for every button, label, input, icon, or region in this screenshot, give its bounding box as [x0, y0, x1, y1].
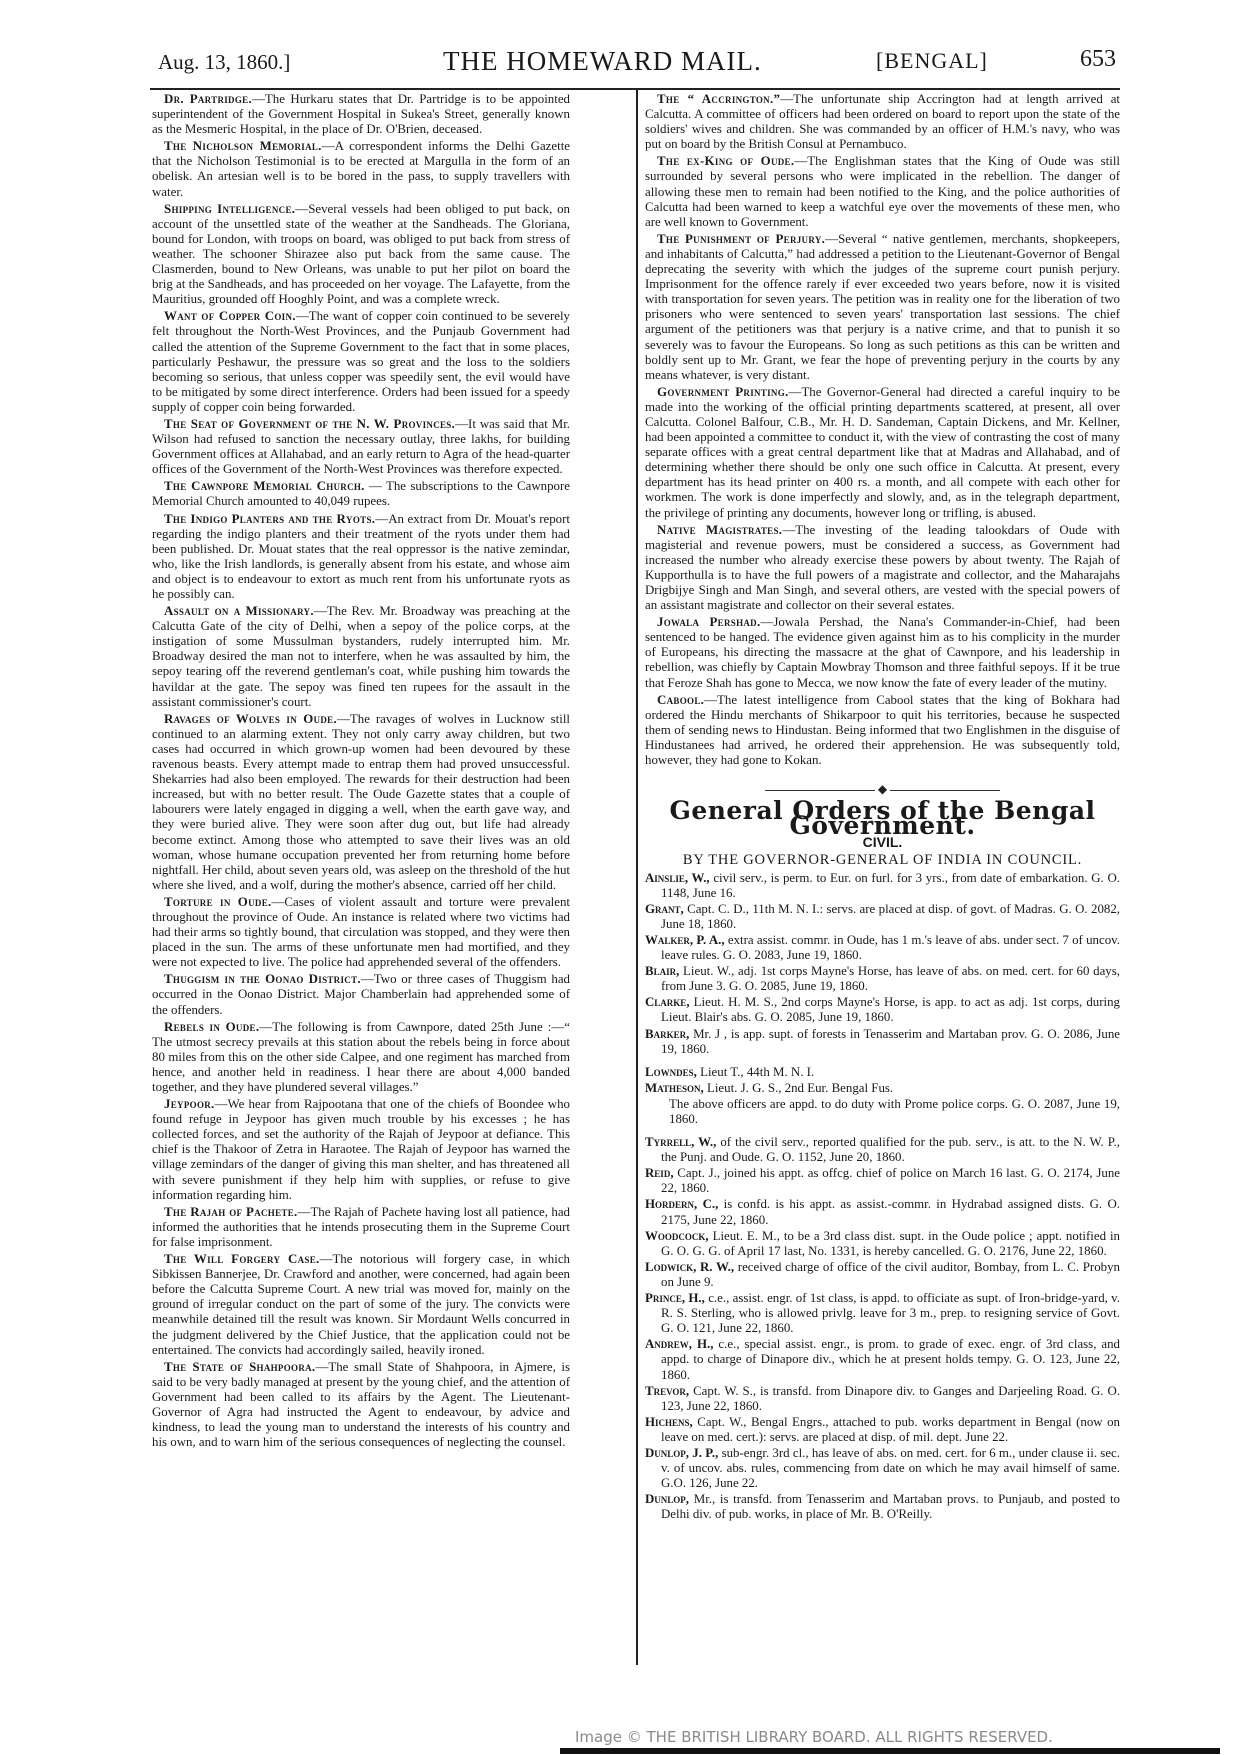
- news-item: Torture in Oude.—Cases of violent assaul…: [152, 895, 570, 970]
- news-item-heading: The “ Accrington.”: [657, 92, 780, 106]
- order-entry: Lowndes, Lieut T., 44th M. N. I.: [645, 1065, 1120, 1080]
- issue-date: Aug. 13, 1860.]: [158, 50, 290, 75]
- news-items-right: The “ Accrington.”—The unfortunate ship …: [645, 92, 1120, 768]
- news-item-heading: Government Printing.: [657, 385, 789, 399]
- news-item-heading: Cabool.: [657, 693, 704, 707]
- general-orders-title: General Orders of the Bengal Government.: [645, 803, 1120, 833]
- news-item: The “ Accrington.”—The unfortunate ship …: [645, 92, 1120, 152]
- news-item: The Seat of Government of the N. W. Prov…: [152, 417, 570, 477]
- order-text: c.e., special assist. engr., is prom. to…: [661, 1337, 1120, 1381]
- order-entry: Matheson, Lieut. J. G. S., 2nd Eur. Beng…: [645, 1081, 1120, 1096]
- order-entry: Dunlop, Mr., is transfd. from Tenasserim…: [645, 1492, 1120, 1522]
- general-orders-list: Ainslie, W., civil serv., is perm. to Eu…: [645, 871, 1120, 1523]
- order-text: Mr. J , is app. supt. of forests in Tena…: [661, 1027, 1120, 1056]
- news-item-heading: Jeypoor.: [164, 1097, 215, 1111]
- order-text: Capt. W. S., is transfd. from Dinapore d…: [661, 1384, 1120, 1413]
- order-text: sub-engr. 3rd cl., has leave of abs. on …: [661, 1446, 1120, 1490]
- officer-name: Tyrrell, W.,: [645, 1135, 716, 1149]
- header-rule: [150, 88, 1120, 90]
- order-entry: Lodwick, R. W., received charge of offic…: [645, 1260, 1120, 1290]
- officer-name: Andrew, H.,: [645, 1337, 713, 1351]
- news-item-text: —The notorious will forgery case, in whi…: [152, 1252, 570, 1357]
- news-item-heading: The ex-King of Oude.: [657, 154, 794, 168]
- order-entry: Andrew, H., c.e., special assist. engr.,…: [645, 1337, 1120, 1382]
- order-entry: Blair, Lieut. W., adj. 1st corps Mayne's…: [645, 964, 1120, 994]
- news-item-text: —The ravages of wolves in Lucknow still …: [152, 712, 570, 892]
- order-entry: Dunlop, J. P., sub-engr. 3rd cl., has le…: [645, 1446, 1120, 1491]
- order-entry: Hichens, Capt. W., Bengal Engrs., attach…: [645, 1415, 1120, 1445]
- news-item-heading: Dr. Partridge.: [164, 92, 252, 106]
- news-item-heading: Jowala Pershad.: [657, 615, 761, 629]
- order-entry: Hordern, C., is confd. is his appt. as a…: [645, 1197, 1120, 1227]
- news-item-heading: The Punishment of Perjury.: [657, 232, 825, 246]
- order-entry: Tyrrell, W., of the civil serv., reporte…: [645, 1135, 1120, 1165]
- order-text: Lieut. H. M. S., 2nd corps Mayne's Horse…: [661, 995, 1120, 1024]
- newspaper-page: Aug. 13, 1860.] THE HOMEWARD MAIL. [BENG…: [0, 0, 1240, 1755]
- order-entry: Prince, H., c.e., assist. engr. of 1st c…: [645, 1291, 1120, 1336]
- newspaper-title: THE HOMEWARD MAIL.: [443, 46, 762, 77]
- scan-edge: [560, 1748, 1220, 1754]
- officer-name: Reid,: [645, 1166, 674, 1180]
- news-item-text: —The latest intelligence from Cabool sta…: [645, 693, 1120, 767]
- officer-name: Dunlop, J. P.,: [645, 1446, 718, 1460]
- order-text: Capt. J., joined his appt. as offcg. chi…: [661, 1166, 1120, 1195]
- news-item-heading: Assault on a Missionary.: [164, 604, 314, 618]
- officer-name: Clarke,: [645, 995, 690, 1009]
- news-item-heading: Torture in Oude.: [164, 895, 272, 909]
- order-entry: Reid, Capt. J., joined his appt. as offc…: [645, 1166, 1120, 1196]
- order-text: of the civil serv., reported qualified f…: [661, 1135, 1120, 1164]
- news-item-heading: The Nicholson Memorial.: [164, 139, 322, 153]
- news-item-text: —Several vessels had been obliged to put…: [152, 202, 570, 307]
- news-item: The State of Shahpoora.—The small State …: [152, 1360, 570, 1451]
- officer-name: Ainslie, W.,: [645, 871, 710, 885]
- ornament-divider: ◆: [645, 782, 1120, 797]
- order-text: Mr., is transfd. from Tenasserim and Mar…: [661, 1492, 1120, 1521]
- news-item-heading: The State of Shahpoora.: [164, 1360, 315, 1374]
- news-item: Want of Copper Coin.—The want of copper …: [152, 309, 570, 415]
- officer-name: Grant,: [645, 902, 684, 916]
- officer-name: Trevor,: [645, 1384, 689, 1398]
- order-entry: Grant, Capt. C. D., 11th M. N. I.: servs…: [645, 902, 1120, 932]
- officer-name: Lowndes,: [645, 1065, 697, 1079]
- news-item: The Rajah of Pachete.—The Rajah of Pache…: [152, 1205, 570, 1250]
- officer-name: Matheson,: [645, 1081, 704, 1095]
- news-item-heading: Want of Copper Coin.: [164, 309, 296, 323]
- news-item-text: —The Rev. Mr. Broadway was preaching at …: [152, 604, 570, 709]
- order-text: is confd. is his appt. as assist.-commr.…: [661, 1197, 1120, 1226]
- news-item: Jeypoor.—We hear from Rajpootana that on…: [152, 1097, 570, 1203]
- news-item-heading: The Cawnpore Memorial Church.: [164, 479, 365, 493]
- column-divider: [636, 90, 638, 1665]
- order-text: extra assist. commr. in Oude, has 1 m.'s…: [661, 933, 1120, 962]
- order-note: The above officers are appd. to do duty …: [645, 1097, 1120, 1127]
- news-item-heading: Thuggism in the Oonao District.: [164, 972, 361, 986]
- order-text: Lieut. W., adj. 1st corps Mayne's Horse,…: [661, 964, 1120, 993]
- news-item-heading: The Rajah of Pachete.: [164, 1205, 298, 1219]
- news-item-heading: Ravages of Wolves in Oude.: [164, 712, 337, 726]
- section-label: [BENGAL]: [876, 48, 988, 74]
- news-item-heading: The Will Forgery Case.: [164, 1252, 320, 1266]
- officer-name: Lodwick, R. W.,: [645, 1260, 734, 1274]
- news-item: Jowala Pershad.—Jowala Pershad, the Nana…: [645, 615, 1120, 690]
- news-item-heading: The Seat of Government of the N. W. Prov…: [164, 417, 455, 431]
- order-text: Capt. W., Bengal Engrs., attached to pub…: [661, 1415, 1120, 1444]
- officer-name: Hordern, C.,: [645, 1197, 718, 1211]
- order-entry: Clarke, Lieut. H. M. S., 2nd corps Mayne…: [645, 995, 1120, 1025]
- order-text: civil serv., is perm. to Eur. on furl. f…: [661, 871, 1120, 900]
- officer-name: Woodcock,: [645, 1229, 709, 1243]
- order-text: Lieut. E. M., to be a 3rd class dist. su…: [661, 1229, 1120, 1258]
- order-entry: Ainslie, W., civil serv., is perm. to Eu…: [645, 871, 1120, 901]
- officer-name: Blair,: [645, 964, 679, 978]
- news-item: Ravages of Wolves in Oude.—The ravages o…: [152, 712, 570, 893]
- news-item-heading: Rebels in Oude.: [164, 1020, 259, 1034]
- news-item-heading: The Indigo Planters and the Ryots.: [164, 512, 375, 526]
- order-entry: Woodcock, Lieut. E. M., to be a 3rd clas…: [645, 1229, 1120, 1259]
- news-item: The Will Forgery Case.—The notorious wil…: [152, 1252, 570, 1358]
- officer-name: Hichens,: [645, 1415, 693, 1429]
- news-item: Government Printing.—The Governor-Genera…: [645, 385, 1120, 521]
- officer-name: Walker, P. A.,: [645, 933, 725, 947]
- order-entry: Walker, P. A., extra assist. commr. in O…: [645, 933, 1120, 963]
- news-item: Assault on a Missionary.—The Rev. Mr. Br…: [152, 604, 570, 710]
- news-item: The Nicholson Memorial.—A correspondent …: [152, 139, 570, 199]
- right-column: The “ Accrington.”—The unfortunate ship …: [645, 92, 1120, 1523]
- order-text: Lieut. J. G. S., 2nd Eur. Bengal Fus.: [704, 1081, 893, 1095]
- news-item: Dr. Partridge.—The Hurkaru states that D…: [152, 92, 570, 137]
- news-item: The Punishment of Perjury.—Several “ nat…: [645, 232, 1120, 383]
- order-entry: Trevor, Capt. W. S., is transfd. from Di…: [645, 1384, 1120, 1414]
- order-entry: Barker, Mr. J , is app. supt. of forests…: [645, 1027, 1120, 1057]
- general-orders-subtitle: CIVIL.: [645, 835, 1120, 850]
- news-item: Rebels in Oude.—The following is from Ca…: [152, 1020, 570, 1095]
- order-text: c.e., assist. engr. of 1st class, is app…: [661, 1291, 1120, 1335]
- news-item: The ex-King of Oude.—The Englishman stat…: [645, 154, 1120, 229]
- masthead: Aug. 13, 1860.] THE HOMEWARD MAIL. [BENG…: [158, 42, 1116, 82]
- news-item-text: —Several “ native gentlemen, merchants, …: [645, 232, 1120, 382]
- officer-name: Prince, H.,: [645, 1291, 705, 1305]
- copyright-notice: Image © THE BRITISH LIBRARY BOARD. ALL R…: [575, 1728, 1053, 1746]
- officer-name: Dunlop,: [645, 1492, 689, 1506]
- page-number: 653: [1080, 46, 1116, 73]
- news-item: Native Magistrates.—The investing of the…: [645, 523, 1120, 614]
- news-item-text: —The want of copper coin continued to be…: [152, 309, 570, 414]
- news-item-text: —We hear from Rajpootana that one of the…: [152, 1097, 570, 1202]
- news-item-text: —The Governor-General had directed a car…: [645, 385, 1120, 520]
- news-item: Thuggism in the Oonao District.—Two or t…: [152, 972, 570, 1017]
- news-item: Shipping Intelligence.—Several vessels h…: [152, 202, 570, 308]
- general-orders-issuer: BY THE GOVERNOR-GENERAL OF INDIA IN COUN…: [645, 853, 1120, 868]
- left-column: Dr. Partridge.—The Hurkaru states that D…: [152, 92, 570, 1452]
- order-text: Capt. C. D., 11th M. N. I.: servs. are p…: [661, 902, 1120, 931]
- news-item-heading: Native Magistrates.: [657, 523, 782, 537]
- news-item: Cabool.—The latest intelligence from Cab…: [645, 693, 1120, 768]
- officer-name: Barker,: [645, 1027, 689, 1041]
- news-item: The Cawnpore Memorial Church. — The subs…: [152, 479, 570, 509]
- order-text: Lieut T., 44th M. N. I.: [697, 1065, 814, 1079]
- news-item-heading: Shipping Intelligence.: [164, 202, 295, 216]
- news-item: The Indigo Planters and the Ryots.—An ex…: [152, 512, 570, 603]
